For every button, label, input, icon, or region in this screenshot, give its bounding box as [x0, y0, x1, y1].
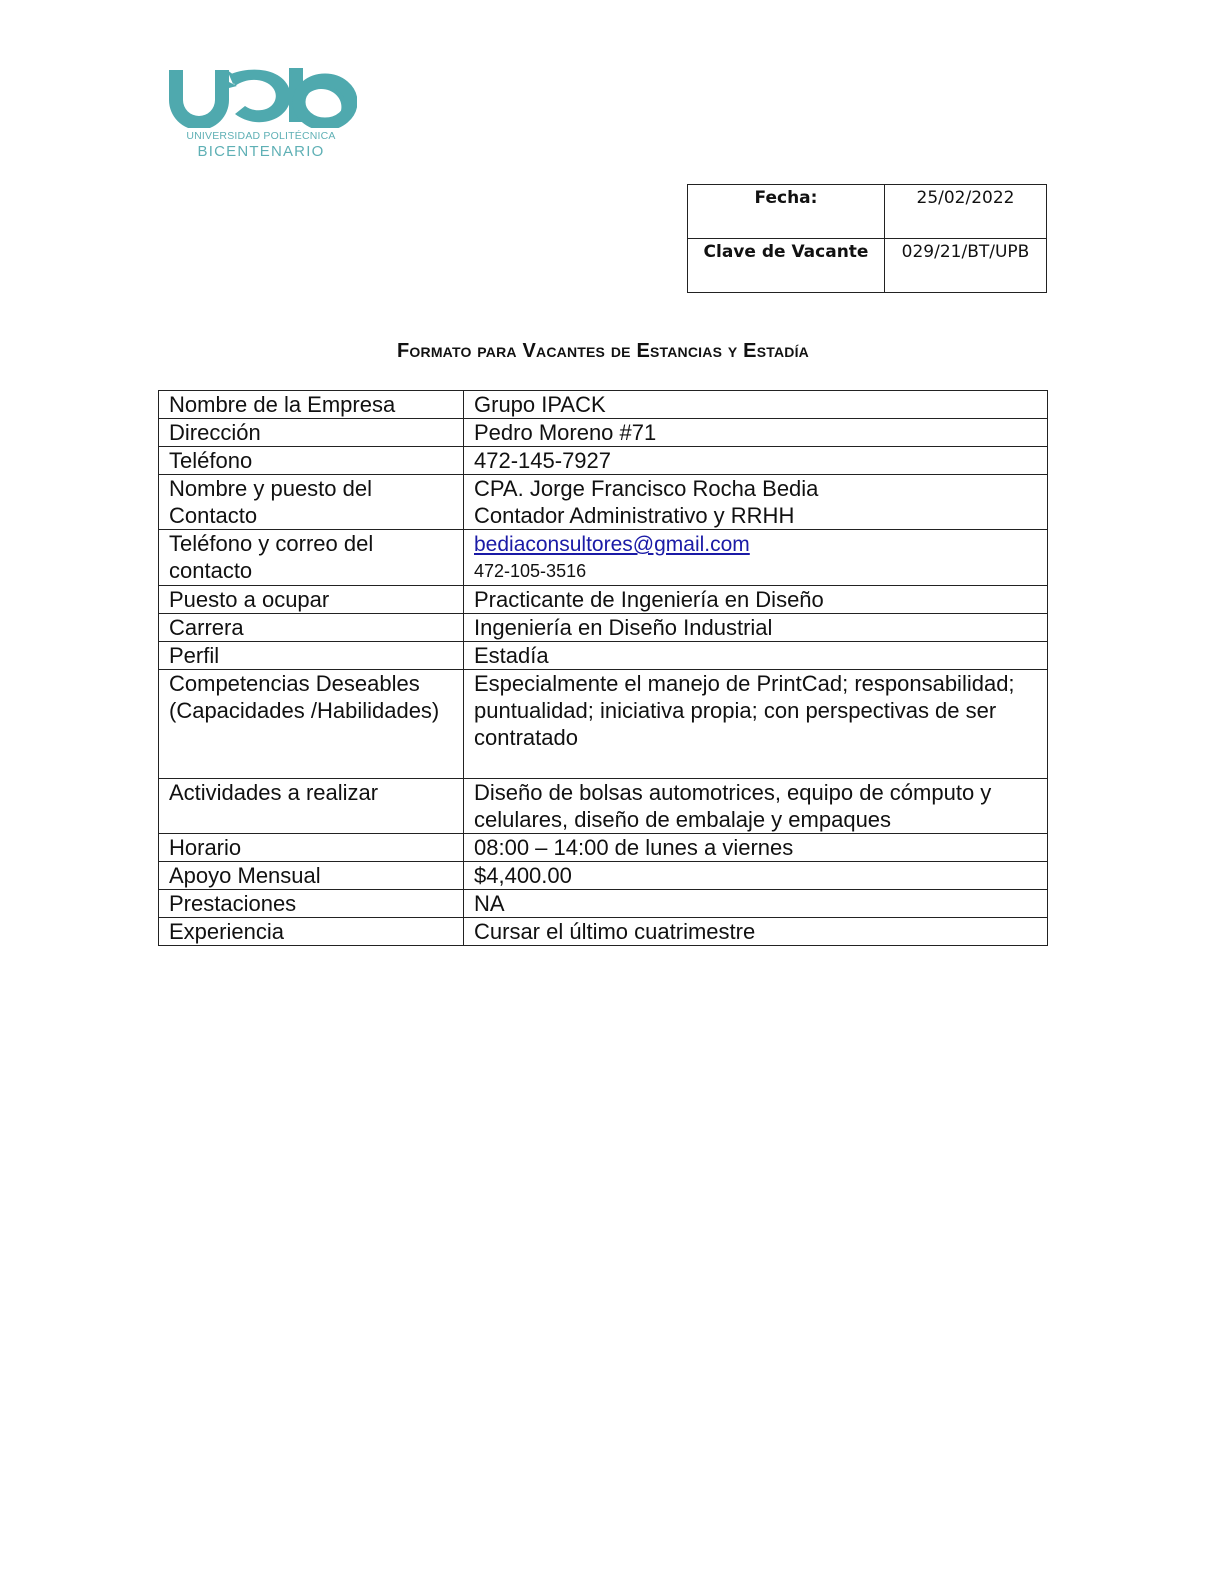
row-label: Teléfono y correo del contacto [159, 530, 464, 586]
row-value: bediaconsultores@gmail.com 472-105-3516 [464, 530, 1048, 586]
table-row: Teléfono 472-145-7927 [159, 447, 1048, 475]
row-value: Grupo IPACK [464, 391, 1048, 419]
table-row: Apoyo Mensual $4,400.00 [159, 862, 1048, 890]
row-label: Dirección [159, 419, 464, 447]
contact-position: Contador Administrativo y RRHH [474, 502, 1037, 529]
row-label: Competencias Deseables (Capacidades /Hab… [159, 670, 464, 779]
row-label: Horario [159, 834, 464, 862]
table-row: Actividades a realizar Diseño de bolsas … [159, 779, 1048, 834]
row-label: Experiencia [159, 918, 464, 946]
contact-phone: 472-105-3516 [474, 558, 1037, 585]
table-row: Horario 08:00 – 14:00 de lunes a viernes [159, 834, 1048, 862]
table-row: Teléfono y correo del contacto bediacons… [159, 530, 1048, 586]
row-value: Especialmente el manejo de PrintCad; res… [464, 670, 1048, 779]
document-meta-table: Fecha: 25/02/2022 Clave de Vacante 029/2… [687, 184, 1047, 293]
contact-email-link[interactable]: bediaconsultores@gmail.com [474, 533, 750, 556]
university-logo: UNIVERSIDAD POLITÉCNICA BICENTENARIO [165, 66, 360, 161]
vacancy-table: Nombre de la Empresa Grupo IPACK Direcci… [158, 390, 1048, 946]
logo-university-text: UNIVERSIDAD POLITÉCNICA [165, 130, 357, 142]
table-row: Perfil Estadía [159, 642, 1048, 670]
row-value: $4,400.00 [464, 862, 1048, 890]
row-label: Nombre y puesto del Contacto [159, 475, 464, 530]
row-value: 08:00 – 14:00 de lunes a viernes [464, 834, 1048, 862]
table-row: Competencias Deseables (Capacidades /Hab… [159, 670, 1048, 779]
row-label: Teléfono [159, 447, 464, 475]
row-value: NA [464, 890, 1048, 918]
table-row: Dirección Pedro Moreno #71 [159, 419, 1048, 447]
row-value: Pedro Moreno #71 [464, 419, 1048, 447]
table-row: Puesto a ocupar Practicante de Ingenierí… [159, 586, 1048, 614]
row-label: Perfil [159, 642, 464, 670]
fecha-value: 25/02/2022 [885, 185, 1047, 239]
table-row: Nombre y puesto del Contacto CPA. Jorge … [159, 475, 1048, 530]
row-value: Ingeniería en Diseño Industrial [464, 614, 1048, 642]
fecha-label: Fecha: [688, 185, 885, 239]
table-row: Carrera Ingeniería en Diseño Industrial [159, 614, 1048, 642]
table-row: Nombre de la Empresa Grupo IPACK [159, 391, 1048, 419]
meta-row-fecha: Fecha: 25/02/2022 [688, 185, 1047, 239]
row-label: Apoyo Mensual [159, 862, 464, 890]
row-value: Practicante de Ingeniería en Diseño [464, 586, 1048, 614]
table-row: Experiencia Cursar el último cuatrimestr… [159, 918, 1048, 946]
table-row: Prestaciones NA [159, 890, 1048, 918]
row-label: Prestaciones [159, 890, 464, 918]
row-label: Actividades a realizar [159, 779, 464, 834]
logo-bicentenario-text: BICENTENARIO [165, 143, 357, 160]
meta-row-clave: Clave de Vacante 029/21/BT/UPB [688, 239, 1047, 293]
row-value: Diseño de bolsas automotrices, equipo de… [464, 779, 1048, 834]
upb-monogram-icon [165, 66, 357, 128]
row-value: CPA. Jorge Francisco Rocha Bedia Contado… [464, 475, 1048, 530]
clave-label: Clave de Vacante [688, 239, 885, 293]
row-value: 472-145-7927 [464, 447, 1048, 475]
row-label: Nombre de la Empresa [159, 391, 464, 419]
document-title: Formato para Vacantes de Estancias y Est… [158, 340, 1048, 363]
contact-name: CPA. Jorge Francisco Rocha Bedia [474, 475, 1037, 502]
clave-value: 029/21/BT/UPB [885, 239, 1047, 293]
row-label: Puesto a ocupar [159, 586, 464, 614]
row-value: Cursar el último cuatrimestre [464, 918, 1048, 946]
row-label: Carrera [159, 614, 464, 642]
row-value: Estadía [464, 642, 1048, 670]
